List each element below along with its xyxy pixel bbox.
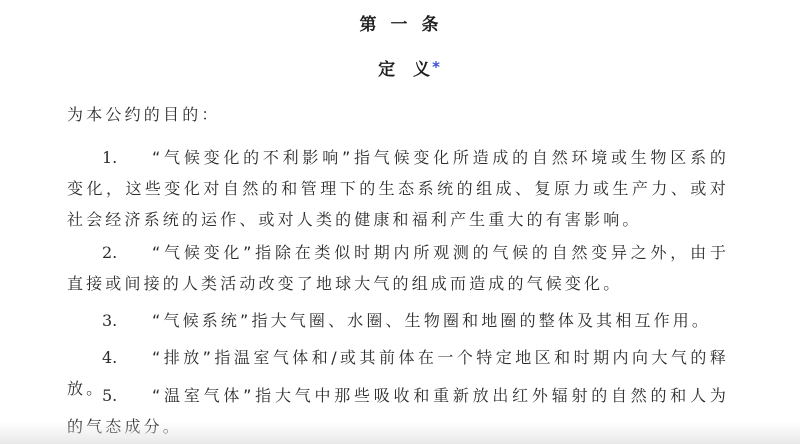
footnote-marker-link[interactable]: * <box>432 58 440 76</box>
paragraph-number: 1. <box>102 142 152 173</box>
intro-text: 为本公约的目的： <box>67 100 727 130</box>
paragraph-number: 4. <box>102 342 152 373</box>
paragraph-text: “气候变化”指除在类似时期内所观测的气候的自然变异之外，由于直接或间接的人类活动… <box>67 243 729 293</box>
definition-paragraph-5: 5.“温室气体”指大气中那些吸收和重新放出红外辐射的自然的和人为的气态成分。 <box>67 380 729 442</box>
document-page: 第一条 定义* 为本公约的目的： 1.“气候变化的不利影响”指气候变化所造成的自… <box>0 0 800 444</box>
paragraph-number: 2. <box>102 237 152 268</box>
definition-paragraph-2: 2.“气候变化”指除在类似时期内所观测的气候的自然变异之外，由于直接或间接的人类… <box>67 237 729 299</box>
article-title: 第一条 <box>0 10 800 35</box>
paragraph-text: “气候系统”指大气圈、水圈、生物圈和地圈的整体及其相互作用。 <box>152 311 711 330</box>
section-heading: 定义* <box>0 55 800 80</box>
paragraph-number: 5. <box>102 380 152 411</box>
paragraph-text: “气候变化的不利影响”指气候变化所造成的自然环境或生物区系的变化，这些变化对自然… <box>67 148 729 229</box>
definition-paragraph-3: 3.“气候系统”指大气圈、水圈、生物圈和地圈的整体及其相互作用。 <box>67 305 729 336</box>
paragraph-text: “温室气体”指大气中那些吸收和重新放出红外辐射的自然的和人为的气态成分。 <box>67 386 729 436</box>
definition-paragraph-1: 1.“气候变化的不利影响”指气候变化所造成的自然环境或生物区系的变化，这些变化对… <box>67 142 729 235</box>
paragraph-number: 3. <box>102 305 152 336</box>
